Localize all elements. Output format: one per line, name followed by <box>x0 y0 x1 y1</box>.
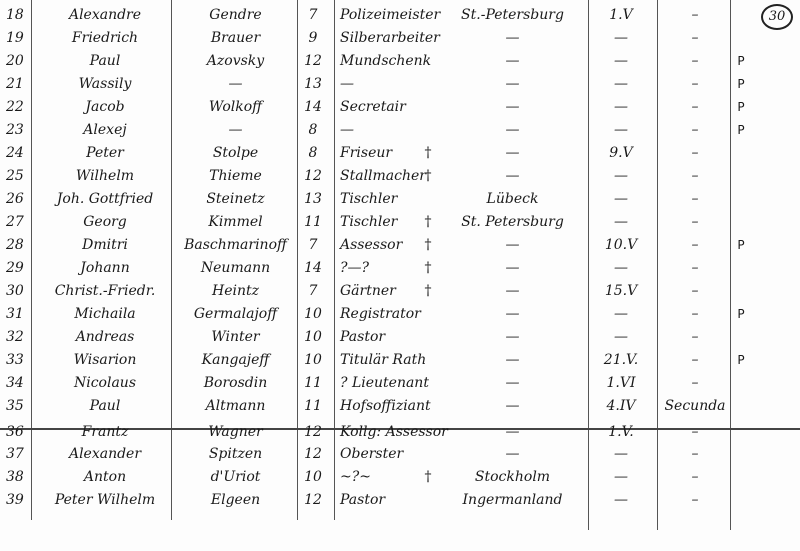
cell-num: 32 <box>6 326 32 349</box>
table-row: 27GeorgKimmel11Tischler†St. Petersburg—– <box>0 211 800 234</box>
cell-cross <box>420 119 436 142</box>
cell-place: — <box>440 234 585 257</box>
cell-date: 21.V. <box>590 349 652 372</box>
cell-note: – <box>660 119 730 142</box>
cell-date: — <box>590 303 652 326</box>
table-row: 39Peter WilhelmElgeen12PastorIngermanlan… <box>0 489 800 512</box>
cell-place: — <box>440 96 585 119</box>
cell-place: — <box>440 443 585 466</box>
cell-place: Ingermanland <box>440 489 585 512</box>
cell-date: — <box>590 50 652 73</box>
cell-age: 8 <box>298 142 328 165</box>
cell-age: 7 <box>298 4 328 27</box>
cell-last: Thieme <box>178 165 293 188</box>
cell-last: Gendre <box>178 4 293 27</box>
cell-note: – <box>660 211 730 234</box>
cell-note: – <box>660 349 730 372</box>
cell-age: 8 <box>298 119 328 142</box>
cell-last: — <box>178 73 293 96</box>
cell-note: – <box>660 96 730 119</box>
cell-cross <box>420 188 436 211</box>
cell-first: Nicolaus <box>45 372 165 395</box>
cell-date: — <box>590 188 652 211</box>
cell-num: 29 <box>6 257 32 280</box>
cell-mark <box>733 27 749 50</box>
cell-last: Brauer <box>178 27 293 50</box>
cell-mark <box>733 4 749 27</box>
cell-note: Secunda <box>660 395 730 418</box>
cell-age: 10 <box>298 326 328 349</box>
cell-last: Heintz <box>178 280 293 303</box>
cell-mark <box>733 466 749 489</box>
cell-first: Dmitri <box>45 234 165 257</box>
cell-age: 13 <box>298 73 328 96</box>
cell-num: 30 <box>6 280 32 303</box>
table-row: 31MichailaGermalajoff10Registrator——–P <box>0 303 800 326</box>
cell-num: 37 <box>6 443 32 466</box>
cell-mark: P <box>733 303 749 326</box>
cell-num: 25 <box>6 165 32 188</box>
cell-date: 10.V <box>590 234 652 257</box>
cell-first: Jacob <box>45 96 165 119</box>
cell-first: Andreas <box>45 326 165 349</box>
cell-first: Wisarion <box>45 349 165 372</box>
cell-date: — <box>590 489 652 512</box>
table-row: 24PeterStolpe8Friseur†—9.V– <box>0 142 800 165</box>
cell-last: Azovsky <box>178 50 293 73</box>
cell-note: – <box>660 73 730 96</box>
table-row: 22JacobWolkoff14Secretair——–P <box>0 96 800 119</box>
cell-first: Peter <box>45 142 165 165</box>
cell-note: – <box>660 326 730 349</box>
cell-first: Paul <box>45 50 165 73</box>
cell-date: 9.V <box>590 142 652 165</box>
cell-note: – <box>660 234 730 257</box>
cell-place: — <box>440 421 585 444</box>
cell-age: 12 <box>298 489 328 512</box>
cell-note: – <box>660 165 730 188</box>
cell-note: – <box>660 188 730 211</box>
table-row: 35PaulAltmann11Hofsoffiziant—4.IVSecunda <box>0 395 800 418</box>
cell-place: Stockholm <box>440 466 585 489</box>
cell-place: — <box>440 257 585 280</box>
cell-mark <box>733 142 749 165</box>
cell-first: Alexej <box>45 119 165 142</box>
cell-num: 35 <box>6 395 32 418</box>
cell-mark: P <box>733 50 749 73</box>
cell-cross <box>420 73 436 96</box>
cell-cross <box>420 96 436 119</box>
cell-note: – <box>660 280 730 303</box>
cell-last: Wagner <box>178 421 293 444</box>
cell-first: Michaila <box>45 303 165 326</box>
cell-age: 7 <box>298 234 328 257</box>
cell-mark <box>733 443 749 466</box>
cell-first: Anton <box>45 466 165 489</box>
cell-note: – <box>660 303 730 326</box>
cell-last: Steinetz <box>178 188 293 211</box>
cell-place: — <box>440 27 585 50</box>
cell-note: – <box>660 443 730 466</box>
cell-age: 13 <box>298 188 328 211</box>
cell-first: Paul <box>45 395 165 418</box>
cell-age: 7 <box>298 280 328 303</box>
cell-last: Elgeen <box>178 489 293 512</box>
cell-age: 11 <box>298 211 328 234</box>
cell-place: St.-Petersburg <box>440 4 585 27</box>
cell-mark <box>733 326 749 349</box>
cell-cross <box>420 395 436 418</box>
cell-first: Peter Wilhelm <box>45 489 165 512</box>
table-row: 26Joh. GottfriedSteinetz13TischlerLübeck… <box>0 188 800 211</box>
cell-first: Alexandre <box>45 4 165 27</box>
cell-mark <box>733 257 749 280</box>
cell-first: Joh. Gottfried <box>45 188 165 211</box>
cell-mark <box>733 421 749 444</box>
table-row: 21Wassily—13———–P <box>0 73 800 96</box>
cell-cross <box>420 349 436 372</box>
cell-num: 33 <box>6 349 32 372</box>
cell-date: — <box>590 73 652 96</box>
table-row: 29JohannNeumann14?—?†——– <box>0 257 800 280</box>
cell-last: Stolpe <box>178 142 293 165</box>
cell-cross: † <box>420 257 436 280</box>
cell-first: Alexander <box>45 443 165 466</box>
cell-num: 34 <box>6 372 32 395</box>
table-row: 33WisarionKangajeff10Titulär Rath—21.V.–… <box>0 349 800 372</box>
cell-cross: † <box>420 142 436 165</box>
register-page: 30 18AlexandreGendre7PolizeimeisterSt.-P… <box>0 0 800 551</box>
cell-place: — <box>440 372 585 395</box>
cell-age: 12 <box>298 50 328 73</box>
cell-first: Johann <box>45 257 165 280</box>
cell-date: — <box>590 443 652 466</box>
cell-cross <box>420 27 436 50</box>
cell-cross: † <box>420 234 436 257</box>
cell-place: — <box>440 142 585 165</box>
cell-date: — <box>590 119 652 142</box>
cell-age: 11 <box>298 372 328 395</box>
table-row: 38Antond'Uriot10~?~†Stockholm—– <box>0 466 800 489</box>
cell-note: – <box>660 372 730 395</box>
cell-num: 24 <box>6 142 32 165</box>
table-row: 36FrantzWagner12Kollg: Assessor—1.V.– <box>0 421 800 444</box>
table-row: 34NicolausBorosdin11? Lieutenant—1.VI– <box>0 372 800 395</box>
cell-cross <box>420 4 436 27</box>
cell-place: — <box>440 280 585 303</box>
cell-place: — <box>440 303 585 326</box>
table-row: 37AlexanderSpitzen12Oberster——– <box>0 443 800 466</box>
cell-mark <box>733 280 749 303</box>
table-row: 25WilhelmThieme12Stallmacher†——– <box>0 165 800 188</box>
cell-num: 21 <box>6 73 32 96</box>
cell-num: 31 <box>6 303 32 326</box>
cell-date: 15.V <box>590 280 652 303</box>
cell-num: 19 <box>6 27 32 50</box>
cell-first: Wassily <box>45 73 165 96</box>
cell-mark <box>733 188 749 211</box>
cell-age: 10 <box>298 303 328 326</box>
cell-date: 4.IV <box>590 395 652 418</box>
cell-date: — <box>590 466 652 489</box>
cell-last: d'Uriot <box>178 466 293 489</box>
cell-place: — <box>440 119 585 142</box>
table-row: 23Alexej—8———–P <box>0 119 800 142</box>
cell-cross <box>420 443 436 466</box>
cell-date: — <box>590 257 652 280</box>
cell-last: Kimmel <box>178 211 293 234</box>
cell-cross <box>420 50 436 73</box>
cell-place: — <box>440 326 585 349</box>
cell-place: — <box>440 73 585 96</box>
cell-last: Winter <box>178 326 293 349</box>
cell-note: – <box>660 50 730 73</box>
cell-date: 1.V. <box>590 421 652 444</box>
cell-mark: P <box>733 349 749 372</box>
cell-first: Georg <box>45 211 165 234</box>
table-row: 28DmitriBaschmarinoff7Assessor†—10.V–P <box>0 234 800 257</box>
cell-age: 12 <box>298 443 328 466</box>
table-row: 19FriedrichBrauer9Silberarbeiter——– <box>0 27 800 50</box>
cell-first: Frantz <box>45 421 165 444</box>
cell-num: 18 <box>6 4 32 27</box>
cell-age: 14 <box>298 96 328 119</box>
cell-first: Christ.-Friedr. <box>45 280 165 303</box>
cell-mark <box>733 489 749 512</box>
cell-cross <box>420 489 436 512</box>
cell-note: – <box>660 142 730 165</box>
cell-date: — <box>590 165 652 188</box>
cell-date: — <box>590 211 652 234</box>
table-row: 30Christ.-Friedr.Heintz7Gärtner†—15.V– <box>0 280 800 303</box>
cell-last: Kangajeff <box>178 349 293 372</box>
cell-cross: † <box>420 165 436 188</box>
cell-last: Spitzen <box>178 443 293 466</box>
cell-mark: P <box>733 234 749 257</box>
cell-num: 39 <box>6 489 32 512</box>
cell-note: – <box>660 489 730 512</box>
cell-cross <box>420 372 436 395</box>
cell-cross <box>420 326 436 349</box>
cell-first: Wilhelm <box>45 165 165 188</box>
cell-note: – <box>660 257 730 280</box>
cell-num: 36 <box>6 421 32 444</box>
cell-date: 1.V <box>590 4 652 27</box>
cell-note: – <box>660 4 730 27</box>
cell-mark <box>733 165 749 188</box>
cell-age: 11 <box>298 395 328 418</box>
cell-num: 27 <box>6 211 32 234</box>
cell-last: Baschmarinoff <box>178 234 293 257</box>
cell-cross: † <box>420 280 436 303</box>
cell-num: 28 <box>6 234 32 257</box>
cell-date: — <box>590 96 652 119</box>
cell-num: 23 <box>6 119 32 142</box>
cell-num: 22 <box>6 96 32 119</box>
cell-note: – <box>660 466 730 489</box>
cell-last: Borosdin <box>178 372 293 395</box>
cell-place: — <box>440 165 585 188</box>
cell-age: 10 <box>298 349 328 372</box>
cell-mark <box>733 211 749 234</box>
table-row: 32AndreasWinter10Pastor——– <box>0 326 800 349</box>
cell-mark: P <box>733 119 749 142</box>
cell-date: — <box>590 326 652 349</box>
cell-num: 38 <box>6 466 32 489</box>
cell-last: Neumann <box>178 257 293 280</box>
cell-num: 26 <box>6 188 32 211</box>
table-row: 18AlexandreGendre7PolizeimeisterSt.-Pete… <box>0 4 800 27</box>
cell-mark <box>733 395 749 418</box>
cell-place: St. Petersburg <box>440 211 585 234</box>
cell-cross: † <box>420 211 436 234</box>
cell-cross: † <box>420 466 436 489</box>
cell-mark: P <box>733 73 749 96</box>
cell-place: — <box>440 50 585 73</box>
cell-date: — <box>590 27 652 50</box>
cell-age: 12 <box>298 165 328 188</box>
cell-last: — <box>178 119 293 142</box>
cell-age: 9 <box>298 27 328 50</box>
cell-mark <box>733 372 749 395</box>
cell-place: — <box>440 349 585 372</box>
table-row: 20PaulAzovsky12Mundschenk——–P <box>0 50 800 73</box>
cell-last: Wolkoff <box>178 96 293 119</box>
cell-last: Altmann <box>178 395 293 418</box>
cell-note: – <box>660 27 730 50</box>
cell-age: 12 <box>298 421 328 444</box>
cell-note: – <box>660 421 730 444</box>
cell-age: 10 <box>298 466 328 489</box>
cell-date: 1.VI <box>590 372 652 395</box>
cell-cross <box>420 303 436 326</box>
cell-last: Germalajoff <box>178 303 293 326</box>
cell-mark: P <box>733 96 749 119</box>
cell-cross <box>420 421 436 444</box>
cell-place: Lübeck <box>440 188 585 211</box>
cell-place: — <box>440 395 585 418</box>
cell-num: 20 <box>6 50 32 73</box>
cell-first: Friedrich <box>45 27 165 50</box>
cell-age: 14 <box>298 257 328 280</box>
